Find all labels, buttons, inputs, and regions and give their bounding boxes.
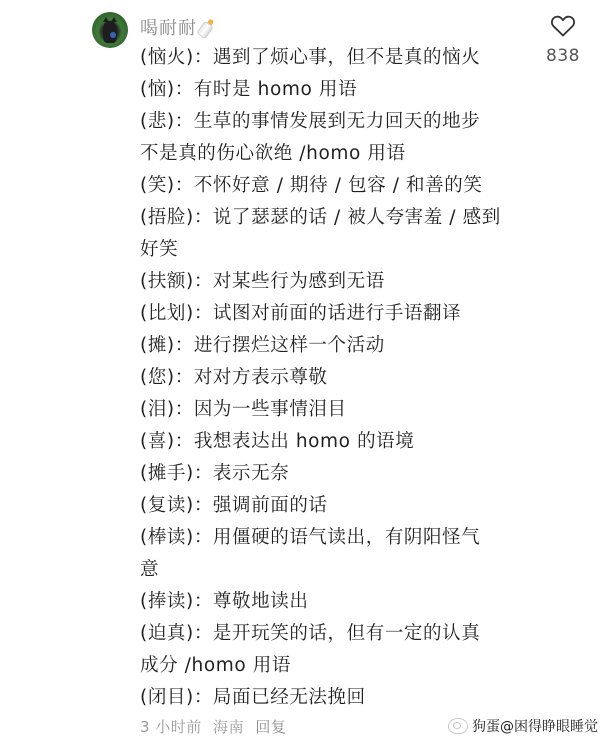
comment-line: (恼火)：遇到了烦心事，但不是真的恼火 <box>140 42 530 74</box>
comment-line: 成分 /homo 用语 <box>140 650 530 682</box>
comment-line: 不是真的伤心欲绝 /homo 用语 <box>140 138 530 170</box>
comment-line: (恼)：有时是 homo 用语 <box>140 74 530 106</box>
like-count: 838 <box>540 46 586 66</box>
watermark: 狗蛋@困得睁眼睡觉 <box>448 716 598 736</box>
comment-line: (泪)：因为一些事情泪目 <box>140 394 530 426</box>
comment-line: (迫真)：是开玩笑的话，但有一定的认真 <box>140 618 530 650</box>
avatar[interactable] <box>92 12 128 48</box>
comment-time: 3 小时前 <box>140 718 202 736</box>
comment-author[interactable]: 喝耐耐 <box>140 14 212 40</box>
comment-line: (摊手)：表示无奈 <box>140 458 530 490</box>
comment-line: 好笑 <box>140 234 530 266</box>
comment-line: (棒读)：用僵硬的语气读出，有阴阳怪气 <box>140 522 530 554</box>
watermark-text: 狗蛋@困得睁眼睡觉 <box>472 716 598 736</box>
comment-location: 海南 <box>213 718 244 736</box>
author-name[interactable]: 喝耐耐 <box>140 14 197 40</box>
reply-button[interactable]: 回复 <box>255 718 286 736</box>
weibo-logo-icon <box>448 718 468 734</box>
comment-line: (您)：对对方表示尊敬 <box>140 362 530 394</box>
comment-line: (扶额)：对某些行为感到无语 <box>140 266 530 298</box>
comment-line: 意 <box>140 554 530 586</box>
comment-line: (悲)：生草的事情发展到无力回天的地步 <box>140 106 530 138</box>
comment-line: (摊)：进行摆烂这样一个活动 <box>140 330 530 362</box>
comment-line: (比划)：试图对前面的话进行手语翻译 <box>140 298 530 330</box>
comment-line: (笑)：不怀好意 / 期待 / 包容 / 和善的笑 <box>140 170 530 202</box>
comment-body: (恼火)：遇到了烦心事，但不是真的恼火 (恼)：有时是 homo 用语 (悲)：… <box>140 42 530 714</box>
baby-bottle-icon <box>196 17 216 40</box>
comment-meta: 3 小时前 海南 回复 <box>140 716 292 737</box>
heart-outline-icon[interactable] <box>550 14 576 38</box>
comment-line: (喜)：我想表达出 homo 的语境 <box>140 426 530 458</box>
comment-line: (复读)：强调前面的话 <box>140 490 530 522</box>
avatar-detail <box>110 32 116 38</box>
like-button[interactable]: 838 <box>540 14 586 66</box>
comment-line: (闭目)：局面已经无法挽回 <box>140 682 530 714</box>
comment-line: (捂脸)：说了瑟瑟的话 / 被人夸害羞 / 感到 <box>140 202 530 234</box>
comment-line: (捧读)：尊敬地读出 <box>140 586 530 618</box>
